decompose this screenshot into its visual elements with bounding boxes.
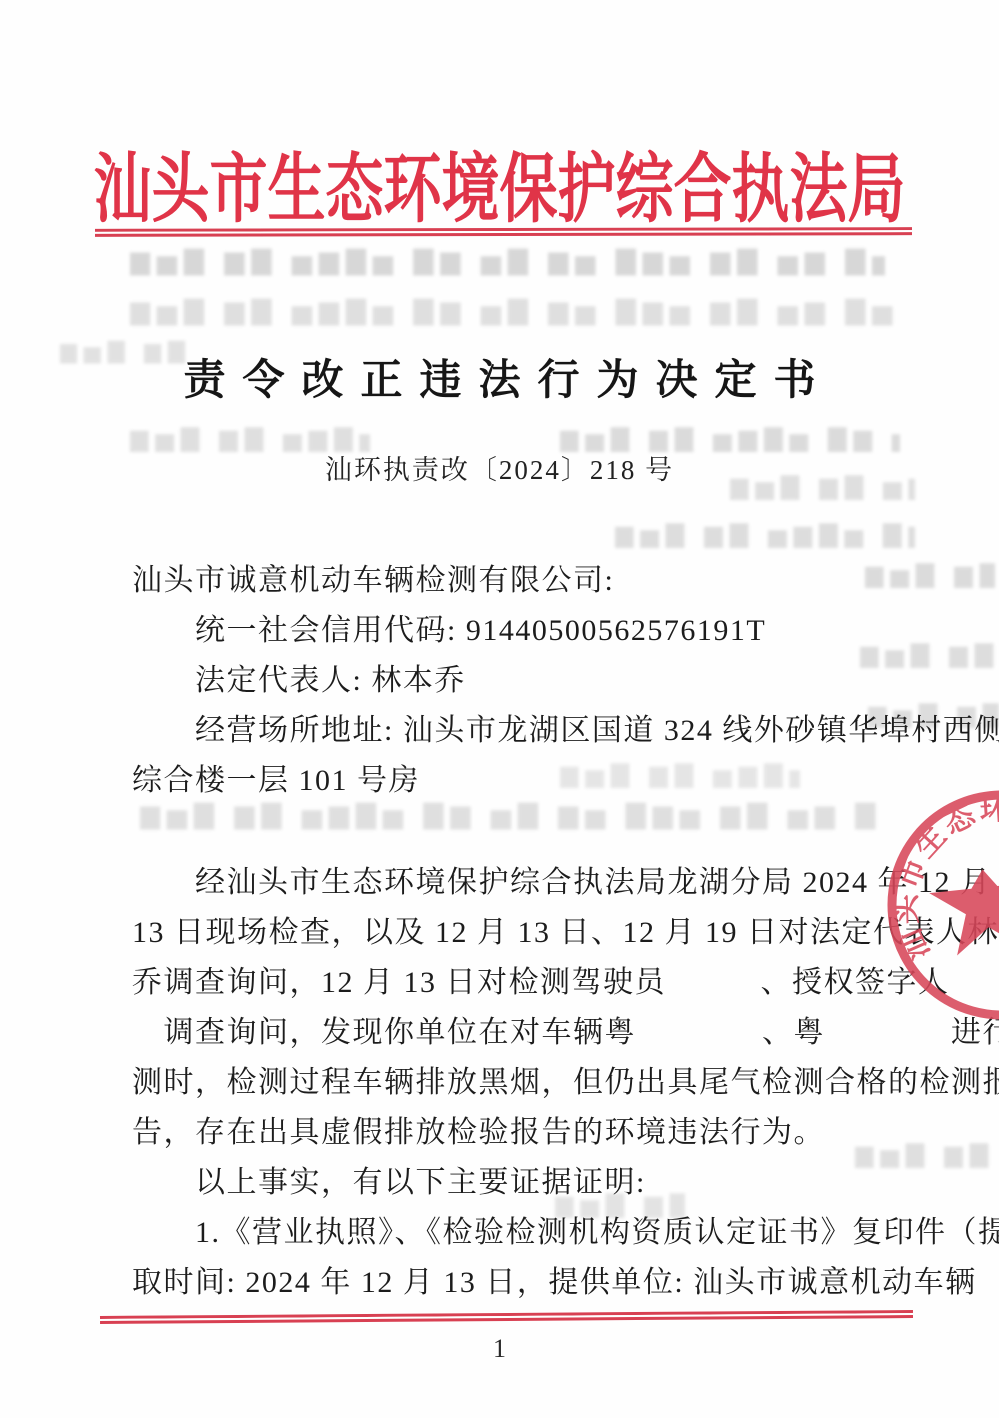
document-title: 责令改正违法行为决定书 xyxy=(0,347,999,407)
seal-star-icon xyxy=(927,864,999,958)
body-line: 13 日现场检查，以及 12 月 13 日、12 月 19 日对法定代表人林本 xyxy=(132,908,922,958)
body-line: 乔调查询问，12 月 13 日对检测驾驶员 、授权签字人 xyxy=(132,958,922,1008)
recipient-line: 汕头市诚意机动车辆检测有限公司: xyxy=(132,556,922,606)
body-line: 调查询问，发现你单位在对车辆粤 、粤 进行检 xyxy=(132,1008,922,1058)
document-page: ▆▅▇ ▆▇ ▅▆▇▅ ▇▆ ▅▇ ▆▅ ▇▆▅ ▆▇ ▅▆ ▇▅▆ ▆▅ ▇▆… xyxy=(0,0,999,1418)
recipient-block: 汕头市诚意机动车辆检测有限公司: 统一社会信用代码: 9144050056257… xyxy=(132,556,922,806)
footer-rule xyxy=(100,1310,913,1324)
body-line: 经汕头市生态环境保护综合执法局龙湖分局 2024 年 12 月 xyxy=(132,858,922,908)
page-number: 1 xyxy=(0,1334,999,1364)
recipient-line: 法定代表人: 林本乔 xyxy=(132,656,922,706)
letterhead-rule xyxy=(95,227,912,237)
body-block: 经汕头市生态环境保护综合执法局龙湖分局 2024 年 12 月13 日现场检查，… xyxy=(132,858,922,1308)
body-line: 取时间: 2024 年 12 月 13 日，提供单位: 汕头市诚意机动车辆 xyxy=(132,1258,922,1308)
agency-letterhead: 汕头市生态环境保护综合执法局 xyxy=(0,128,999,237)
body-line: 1.《营业执照》、《检验检测机构资质认定证书》复印件（提 xyxy=(132,1208,922,1258)
body-line: 测时，检测过程车辆排放黑烟，但仍出具尾气检测合格的检测报 xyxy=(132,1058,922,1108)
official-seal: 汕头市生态环境保护综合执法局 xyxy=(858,768,999,1048)
recipient-line: 经营场所地址: 汕头市龙湖区国道 324 线外砂镇华埠村西侧 xyxy=(132,706,922,756)
body-line: 以上事实，有以下主要证据证明: xyxy=(132,1158,922,1208)
bleedthrough-artifact: ▆▅▇ ▆▇ ▅▆▇▅ ▇▆ ▅▇ ▆▅ ▇▆▅ ▆▇ ▅▆ ▇▅▆ ▆▅ ▇▆… xyxy=(130,246,885,276)
bleedthrough-artifact: ▆▅▇ ▆▇ ▅▆▇▅ ▇▆ ▅▇ ▆▅ ▇▆▅ ▆▇ ▅▆ ▇▅▆ ▆▅ ▇▆… xyxy=(615,520,915,549)
body-line: 告，存在出具虚假排放检验报告的环境违法行为。 xyxy=(132,1108,922,1158)
recipient-line: 综合楼一层 101 号房 xyxy=(132,756,922,806)
bleedthrough-artifact: ▆▅▇ ▆▇ ▅▆▇▅ ▇▆ ▅▇ ▆▅ ▇▆▅ ▆▇ ▅▆ ▇▅▆ ▆▅ ▇▆… xyxy=(130,296,895,326)
document-number: 汕环执责改〔2024〕218 号 xyxy=(0,448,999,487)
recipient-line: 统一社会信用代码: 91440500562576191T xyxy=(132,606,922,656)
